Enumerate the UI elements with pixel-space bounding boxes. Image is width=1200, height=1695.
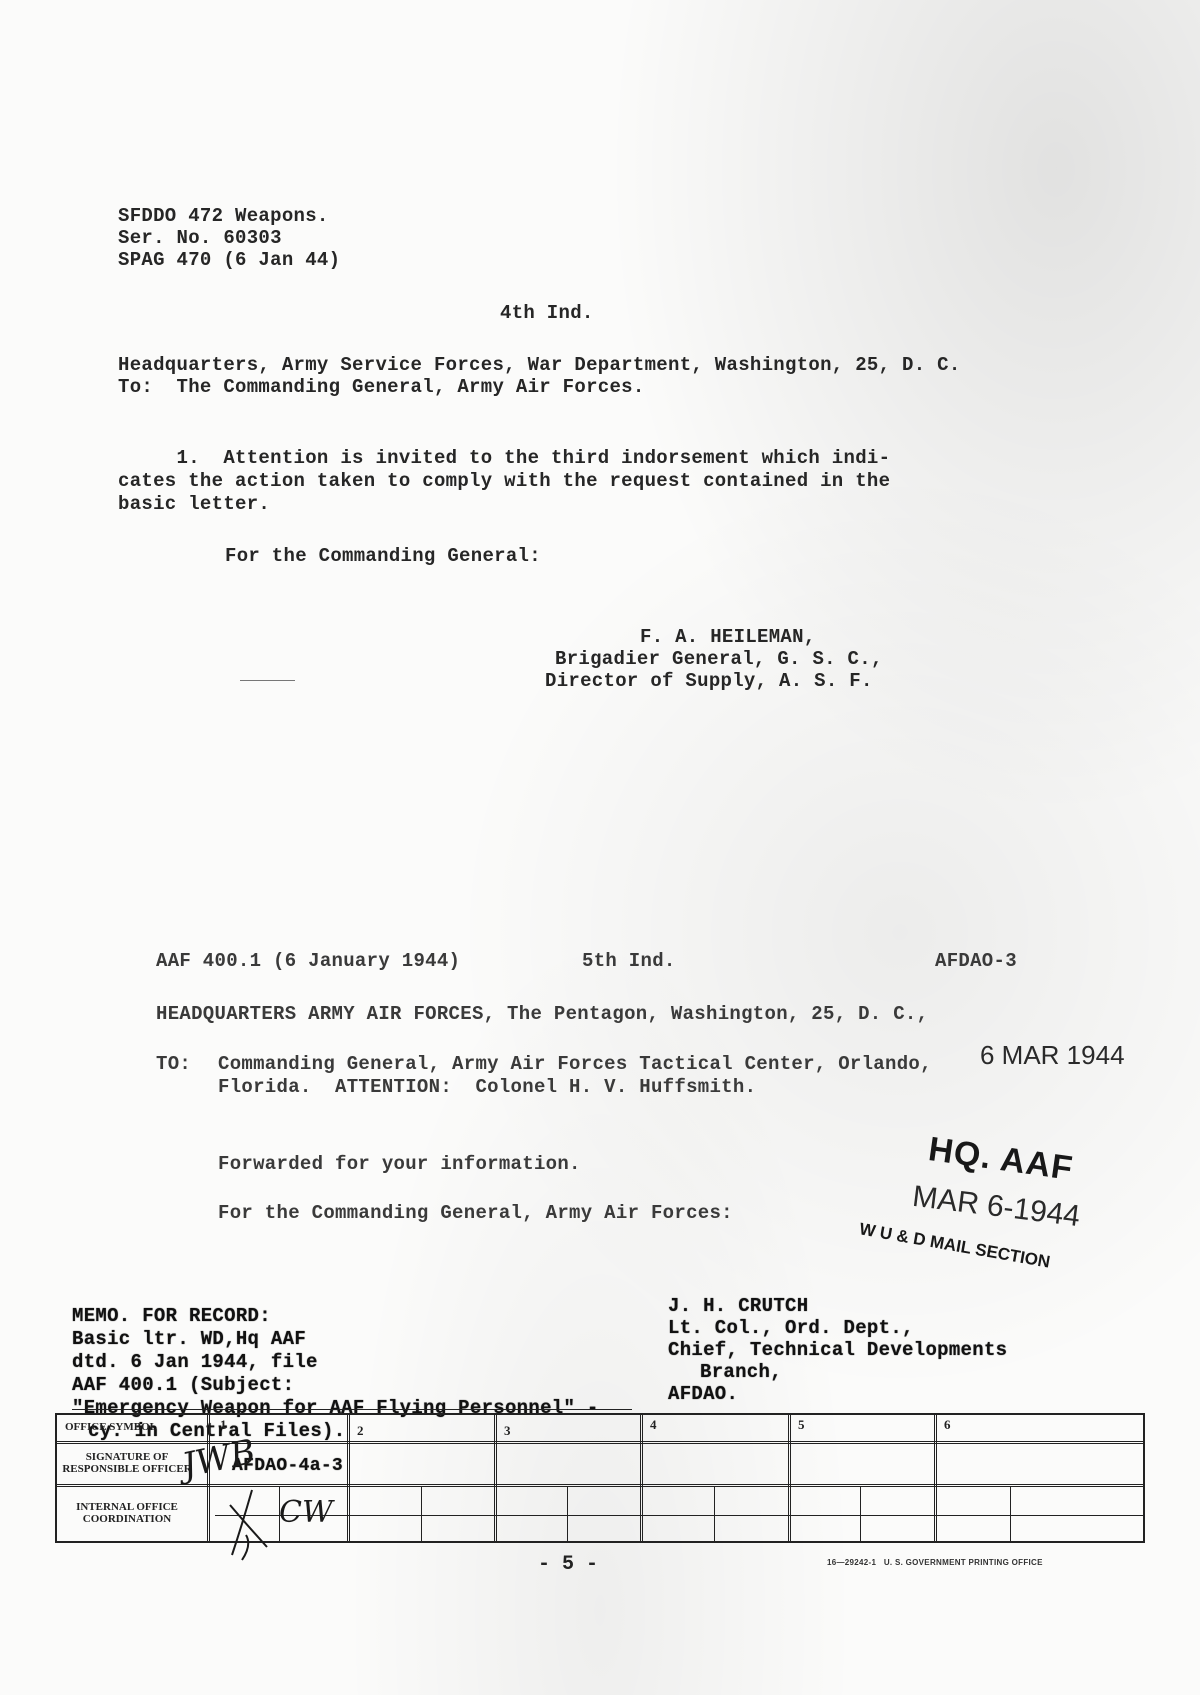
fourth-ind-from: Headquarters, Army Service Forces, War D… bbox=[118, 354, 961, 376]
routing-form: OFFICE SYMBOL SIGNATURE OF RESPONSIBLE O… bbox=[55, 1413, 1145, 1543]
heileman-rank: Brigadier General, G. S. C., bbox=[555, 648, 883, 670]
handwritten-x-mark bbox=[222, 1485, 272, 1565]
memo-line-3: dtd. 6 Jan 1944, file bbox=[72, 1351, 318, 1373]
received-date-stamp: MAR 6-1944 bbox=[911, 1180, 1082, 1234]
fifth-ind-body: Forwarded for your information. bbox=[218, 1153, 581, 1175]
crutch-rank: Lt. Col., Ord. Dept., bbox=[668, 1317, 914, 1339]
col-num-5: 5 bbox=[798, 1417, 805, 1433]
col-divider-6 bbox=[934, 1415, 937, 1541]
signature-dash bbox=[240, 680, 295, 681]
fourth-ind-para-line-1: 1. Attention is invited to the third ind… bbox=[118, 447, 890, 469]
ref-line-1: SFDDO 472 Weapons. bbox=[118, 205, 329, 227]
col-divider-2 bbox=[347, 1415, 350, 1541]
page-number: - 5 - bbox=[538, 1553, 598, 1576]
memo-overlap-line bbox=[72, 1409, 632, 1410]
memo-line-4: AAF 400.1 (Subject: bbox=[72, 1374, 294, 1396]
fourth-ind-para-line-2: cates the action taken to comply with th… bbox=[118, 470, 890, 492]
col-num-1: 1 bbox=[220, 1417, 227, 1433]
col-num-3: 3 bbox=[504, 1423, 511, 1439]
hq-aaf-stamp: HQ. AAF bbox=[926, 1130, 1076, 1189]
col-num-6: 6 bbox=[944, 1417, 951, 1433]
coordination-midline bbox=[215, 1515, 1145, 1516]
col-num-2: 2 bbox=[357, 1423, 364, 1439]
fourth-ind-title: 4th Ind. bbox=[500, 302, 594, 324]
fifth-ind-office-code: AFDAO-3 bbox=[935, 950, 1017, 972]
fifth-ind-from: HEADQUARTERS ARMY AIR FORCES, The Pentag… bbox=[156, 1003, 928, 1025]
memo-line-1: MEMO. FOR RECORD: bbox=[72, 1305, 271, 1327]
printer-mark: 16—29242-1 U. S. GOVERNMENT PRINTING OFF… bbox=[827, 1558, 1043, 1567]
label-coordination: INTERNAL OFFICE COORDINATION bbox=[57, 1501, 197, 1525]
crutch-title-1: Chief, Technical Developments bbox=[668, 1339, 1007, 1361]
fifth-ind-to-label: TO: bbox=[156, 1053, 191, 1075]
fourth-ind-para-line-3: basic letter. bbox=[118, 493, 270, 515]
crutch-office: AFDAO. bbox=[668, 1383, 738, 1405]
fifth-ind-file-ref: AAF 400.1 (6 January 1944) bbox=[156, 950, 460, 972]
label-office-symbol: OFFICE SYMBOL bbox=[65, 1421, 215, 1433]
fifth-ind-to-line-2: Florida. ATTENTION: Colonel H. V. Huffsm… bbox=[218, 1076, 756, 1098]
memo-line-2: Basic ltr. WD,Hq AAF bbox=[72, 1328, 306, 1350]
fourth-ind-closing: For the Commanding General: bbox=[225, 545, 541, 567]
label-signature: SIGNATURE OF RESPONSIBLE OFFICER bbox=[57, 1451, 197, 1475]
ref-line-2: Ser. No. 60303 bbox=[118, 227, 282, 249]
date-stamp: 6 MAR 1944 bbox=[980, 1040, 1125, 1071]
crutch-name: J. H. CRUTCH bbox=[668, 1295, 808, 1317]
fourth-ind-to: To: The Commanding General, Army Air For… bbox=[118, 376, 645, 398]
ref-line-3: SPAG 470 (6 Jan 44) bbox=[118, 249, 340, 271]
fifth-ind-to-line-1: Commanding General, Army Air Forces Tact… bbox=[218, 1053, 932, 1075]
col-divider-3 bbox=[494, 1415, 497, 1541]
fifth-ind-title: 5th Ind. bbox=[582, 950, 676, 972]
col-divider-4 bbox=[640, 1415, 643, 1541]
col-num-4: 4 bbox=[650, 1417, 657, 1433]
col-divider-5 bbox=[788, 1415, 791, 1541]
heileman-name: F. A. HEILEMAN, bbox=[640, 626, 816, 648]
fifth-ind-closing: For the Commanding General, Army Air For… bbox=[218, 1202, 733, 1224]
initials-cw: CW bbox=[279, 1495, 333, 1530]
heileman-title: Director of Supply, A. S. F. bbox=[545, 670, 873, 692]
crutch-title-2: Branch, bbox=[700, 1361, 782, 1383]
